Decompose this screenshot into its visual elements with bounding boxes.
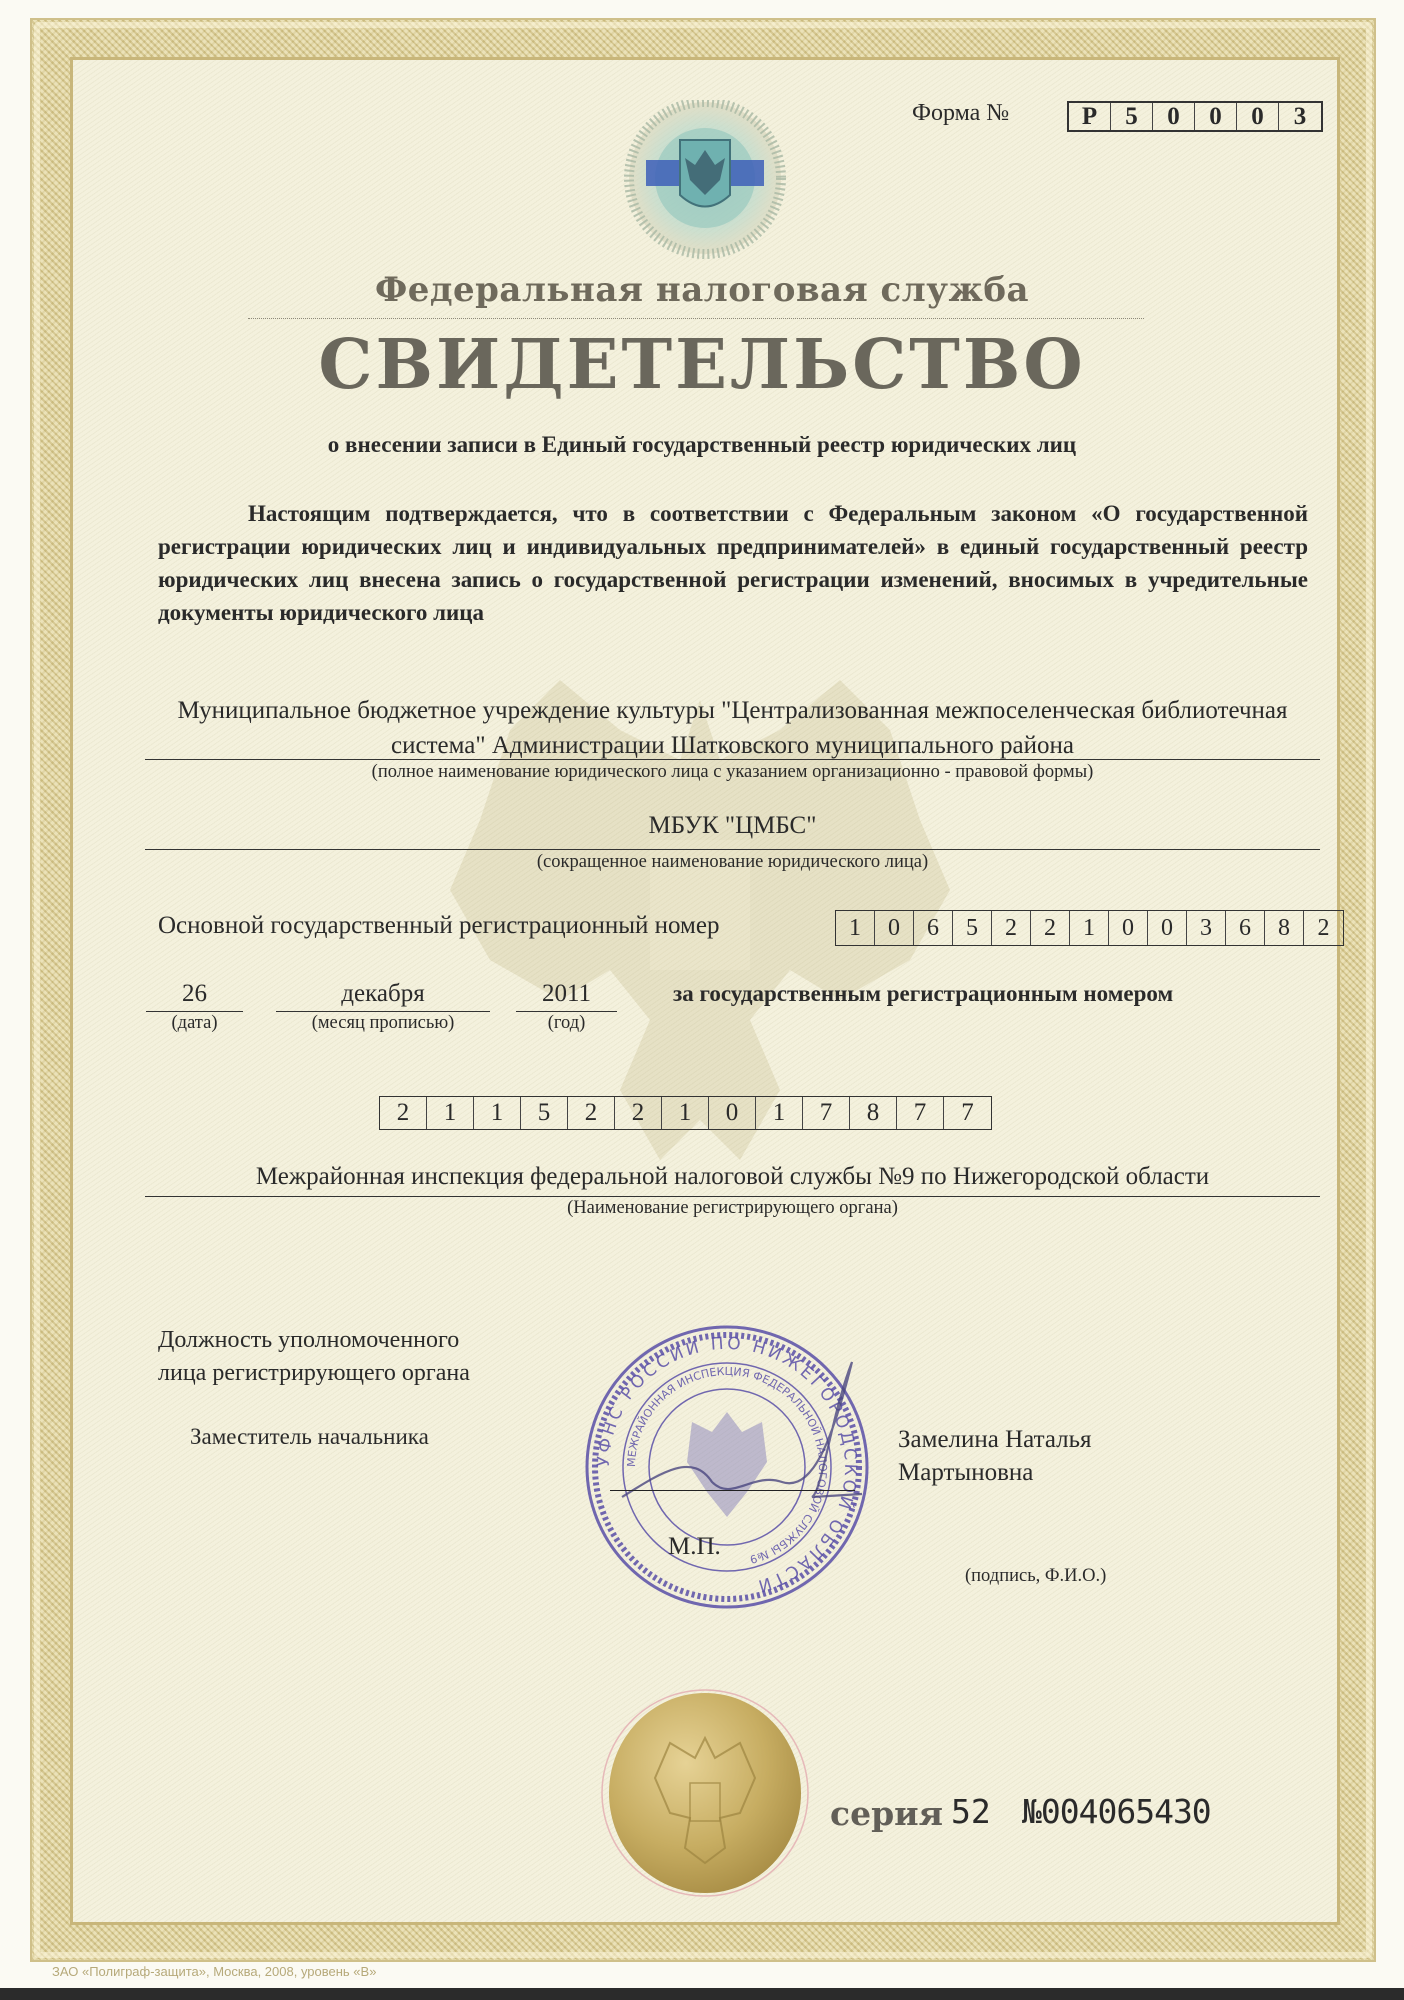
ogrn-digit: 6 <box>1226 911 1265 945</box>
registration-number-digit: 7 <box>803 1097 850 1129</box>
date-month-rule <box>276 1011 490 1012</box>
ogrn-digit: 2 <box>992 911 1031 945</box>
registration-number-digit: 1 <box>427 1097 474 1129</box>
date-year-caption: (год) <box>516 1013 617 1034</box>
series-label: серия <box>830 1794 943 1833</box>
form-number-digit: Р <box>1069 103 1111 130</box>
signature-caption: (подпись, Ф.И.О.) <box>965 1566 1106 1587</box>
ogrn-label: Основной государственный регистрационный… <box>158 912 719 940</box>
hologram-emblem-icon <box>620 100 790 260</box>
document-subtitle: о внесении записи в Единый государственн… <box>0 432 1404 458</box>
authority-rule <box>145 1196 1320 1197</box>
form-number-digit: 0 <box>1153 103 1195 130</box>
form-number-digit: 0 <box>1195 103 1237 130</box>
position-heading-line-1: Должность уполномоченного <box>158 1324 470 1357</box>
date-day: 26 <box>146 980 243 1008</box>
registration-number-digit: 2 <box>380 1097 427 1129</box>
authority-caption: (Наименование регистрирующего органа) <box>145 1198 1320 1219</box>
signature-line <box>610 1490 855 1491</box>
short-name-caption: (сокращенное наименование юридического л… <box>145 852 1320 873</box>
serial-number: №004065430 <box>1022 1792 1211 1831</box>
registration-number-digit: 1 <box>474 1097 521 1129</box>
registration-number-cells: 2115221017877 <box>379 1096 992 1130</box>
ogrn-digit: 1 <box>1070 911 1109 945</box>
agency-name: Федеральная налоговая служба <box>0 270 1404 310</box>
registration-number-digit: 5 <box>521 1097 568 1129</box>
registration-number-digit: 0 <box>709 1097 756 1129</box>
registration-number-digit: 8 <box>850 1097 897 1129</box>
ogrn-digit: 5 <box>953 911 992 945</box>
form-number-cells: Р50003 <box>1067 101 1323 132</box>
form-number-digit: 0 <box>1237 103 1279 130</box>
ogrn-digit: 0 <box>875 911 914 945</box>
gold-seal-icon <box>600 1688 810 1898</box>
agency-rule <box>248 318 1144 319</box>
registration-number-digit: 2 <box>615 1097 662 1129</box>
form-number-digit: 3 <box>1279 103 1321 130</box>
date-day-caption: (дата) <box>146 1013 243 1034</box>
ogrn-digit: 1 <box>836 911 875 945</box>
registering-authority: Межрайонная инспекция федеральной налого… <box>145 1163 1320 1191</box>
series-number: 52 <box>951 1792 991 1831</box>
printer-imprint: ЗАО «Полиграф-защита», Москва, 2008, уро… <box>52 1964 376 1979</box>
ogrn-digit: 2 <box>1304 911 1343 945</box>
registration-number-digit: 2 <box>568 1097 615 1129</box>
date-year: 2011 <box>516 980 617 1008</box>
certification-text: Настоящим подтверждается, что в соответс… <box>158 497 1308 629</box>
registration-number-digit: 1 <box>756 1097 803 1129</box>
registration-number-digit: 7 <box>944 1097 991 1129</box>
ogrn-digit: 0 <box>1109 911 1148 945</box>
full-name-caption: (полное наименование юридического лица с… <box>145 762 1320 783</box>
ogrn-digit: 3 <box>1187 911 1226 945</box>
ogrn-digit: 0 <box>1148 911 1187 945</box>
position-heading-line-2: лица регистрирующего органа <box>158 1357 470 1390</box>
entity-full-name: Муниципальное бюджетное учреждение культ… <box>145 693 1320 763</box>
form-number-digit: 5 <box>1111 103 1153 130</box>
registration-number-label: за государственным регистрационным номер… <box>673 981 1173 1007</box>
form-label: Форма № <box>912 100 1009 127</box>
scan-edge <box>0 1988 1404 2000</box>
ogrn-digit: 6 <box>914 911 953 945</box>
signatory-position: Заместитель начальника <box>190 1424 429 1450</box>
document-title: СВИДЕТЕЛЬСТВО <box>0 325 1404 405</box>
ogrn-digit: 8 <box>1265 911 1304 945</box>
ogrn-cells: 1065221003682 <box>835 910 1344 946</box>
full-name-rule <box>145 759 1320 760</box>
stamp-place-label: М.П. <box>668 1533 721 1561</box>
signer-name: Замелина Наталья Мартыновна <box>898 1423 1092 1489</box>
ogrn-digit: 2 <box>1031 911 1070 945</box>
registration-number-digit: 1 <box>662 1097 709 1129</box>
date-month: декабря <box>276 980 490 1008</box>
signer-name-line-2: Мартыновна <box>898 1456 1092 1489</box>
official-stamp-icon: УФНС РОССИИ ПО НИЖЕГОРОДСКОЙ ОБЛАСТИ МЕЖ… <box>582 1322 872 1612</box>
date-day-rule <box>146 1011 243 1012</box>
registration-number-digit: 7 <box>897 1097 944 1129</box>
short-name-rule <box>145 849 1320 850</box>
date-month-caption: (месяц прописью) <box>266 1013 500 1034</box>
date-year-rule <box>516 1011 617 1012</box>
entity-short-name: МБУК "ЦМБС" <box>145 812 1320 840</box>
position-heading: Должность уполномоченного лица регистрир… <box>158 1324 470 1390</box>
signer-name-line-1: Замелина Наталья <box>898 1423 1092 1456</box>
